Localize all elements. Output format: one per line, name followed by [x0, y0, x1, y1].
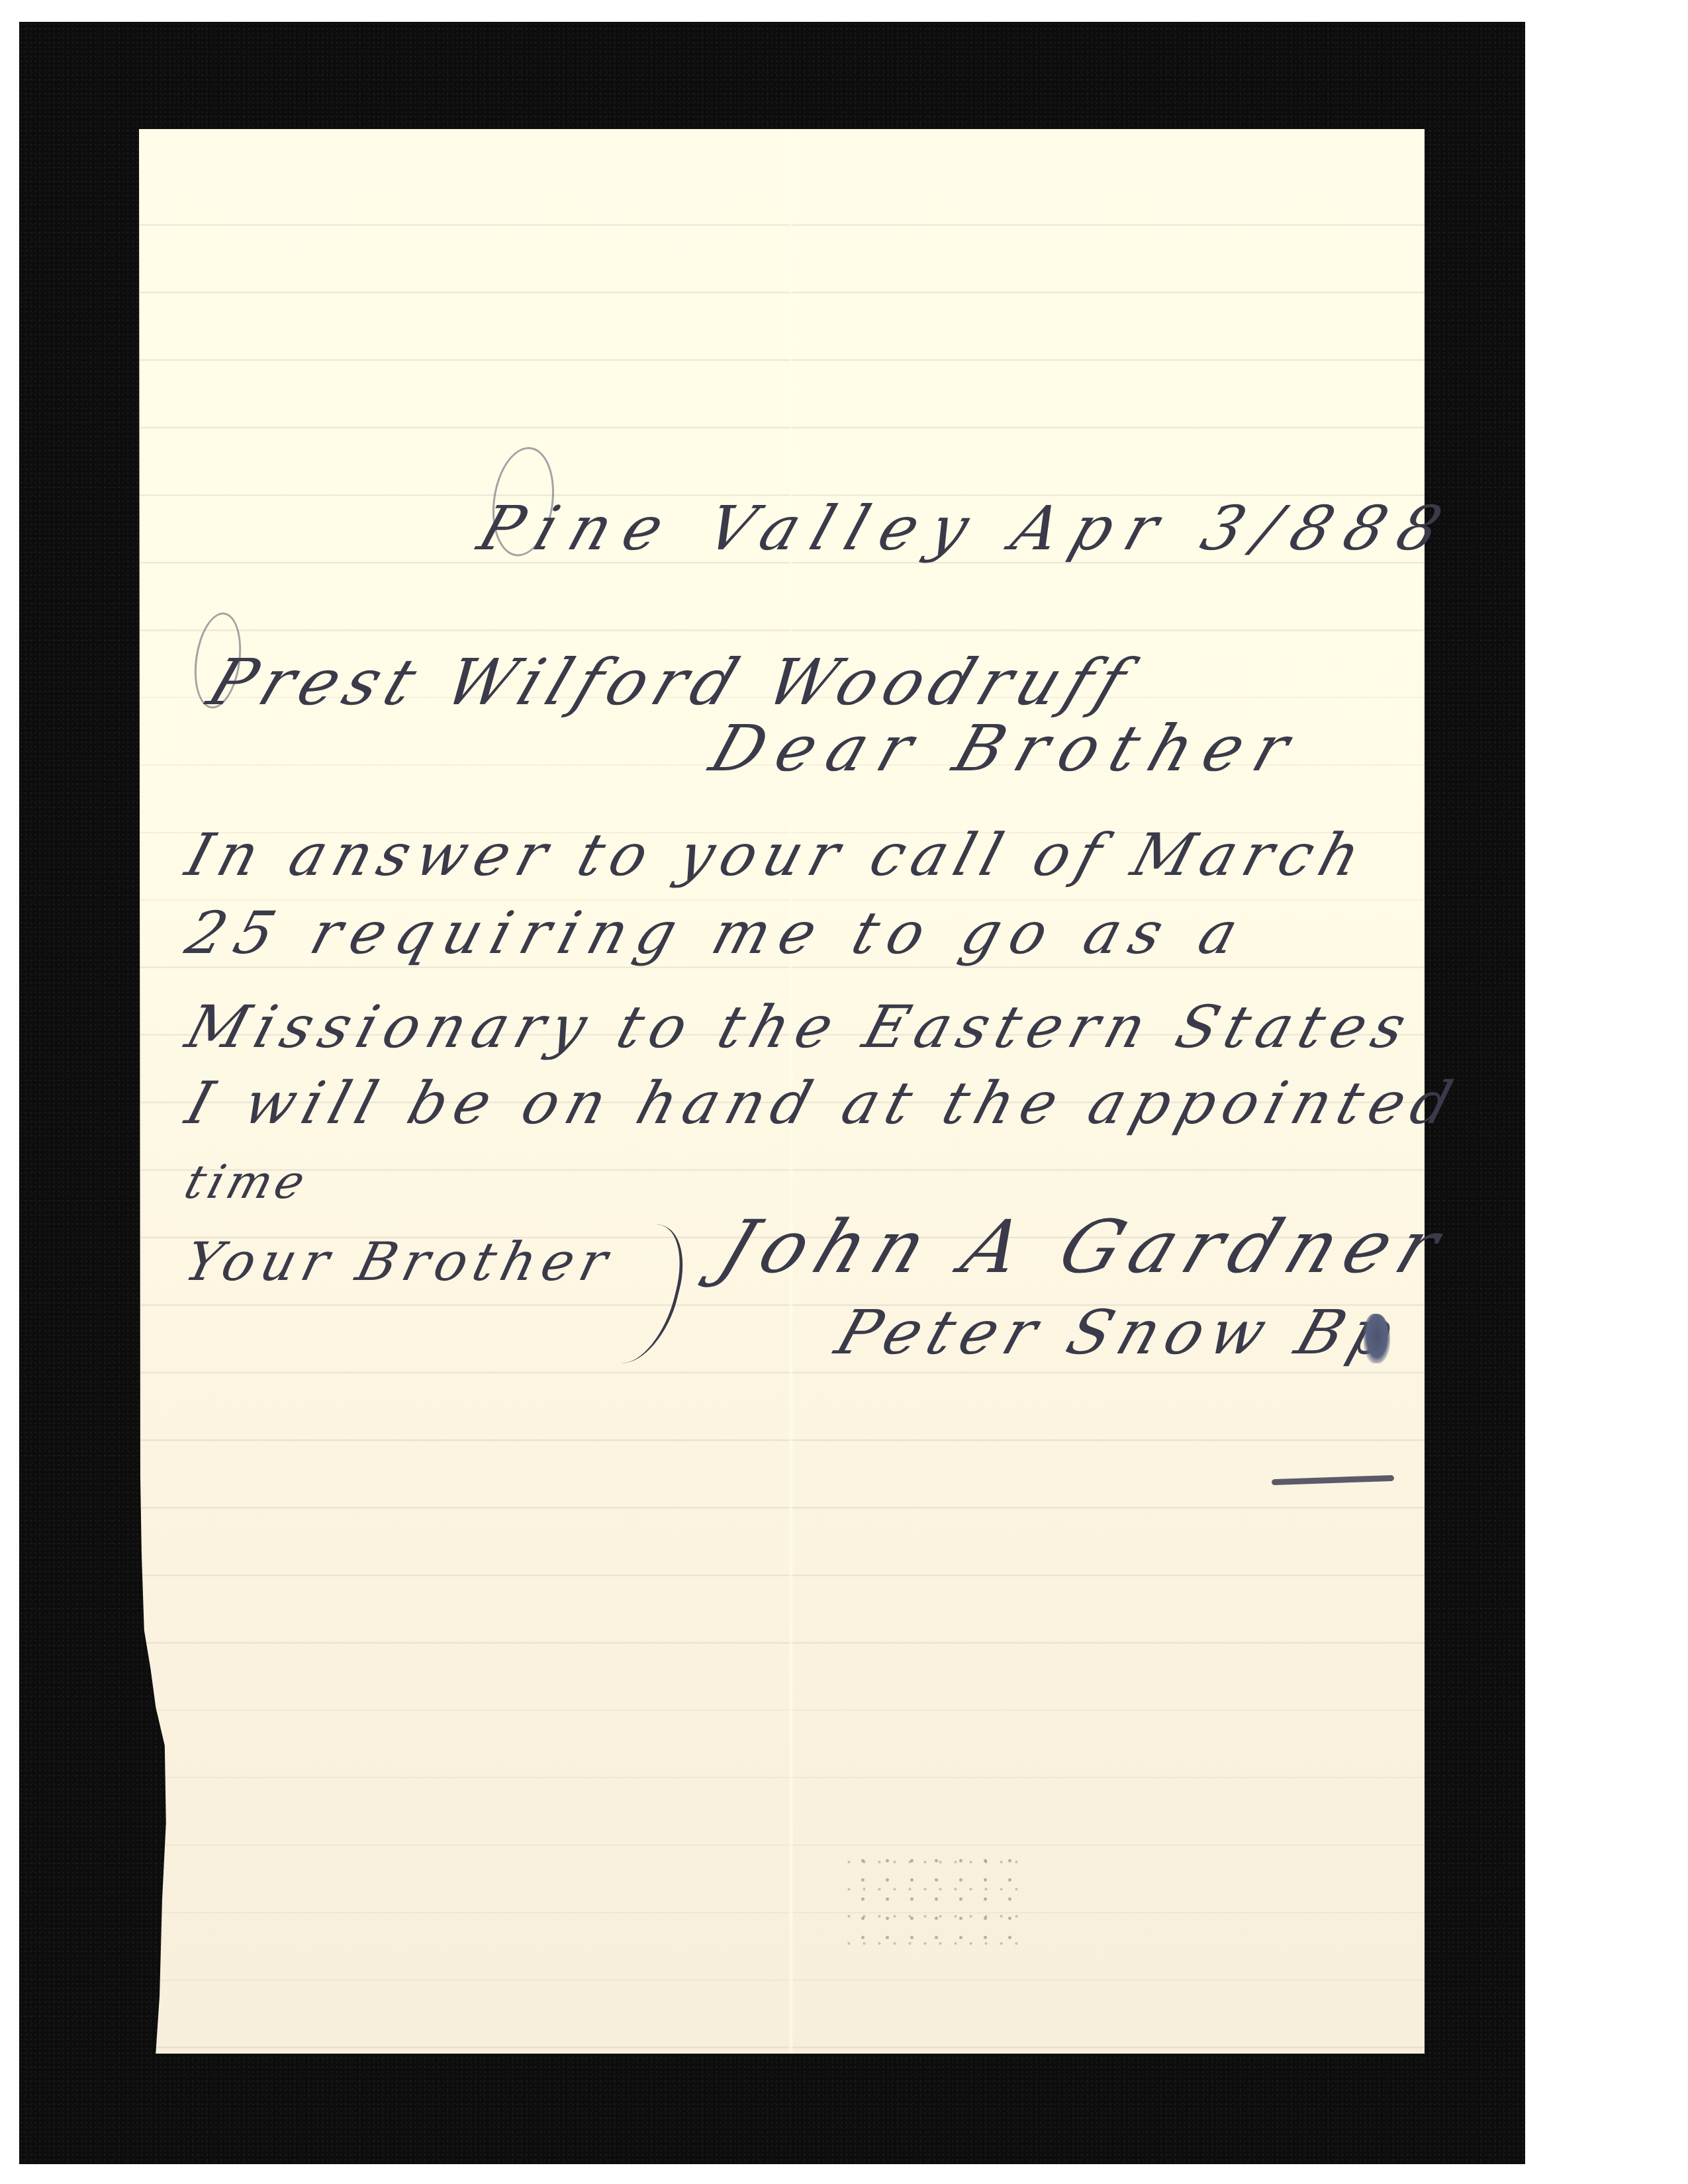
- paper-specks: [847, 1846, 1019, 1952]
- body-line: In answer to your call of March: [179, 821, 1376, 889]
- signature-john-a-gardner: John A Gardner: [708, 1205, 1461, 1289]
- signature-peter-snow-bishop: Peter Snow Bp: [827, 1297, 1410, 1368]
- body-line: I will be on hand at the appointed: [179, 1069, 1468, 1137]
- body-line: time: [179, 1155, 315, 1209]
- complimentary-close: Your Brother: [179, 1231, 620, 1293]
- place-date-line: Pine Valley Apr 3/888: [470, 493, 1464, 564]
- greeting-line: Dear Brother: [702, 711, 1311, 786]
- addressee-line: Prest Wilford Woodruff: [199, 645, 1144, 719]
- body-line: 25 requiring me to go as a: [179, 899, 1256, 967]
- body-line: Missionary to the Eastern States: [179, 993, 1421, 1061]
- ink-blot: [1364, 1314, 1390, 1363]
